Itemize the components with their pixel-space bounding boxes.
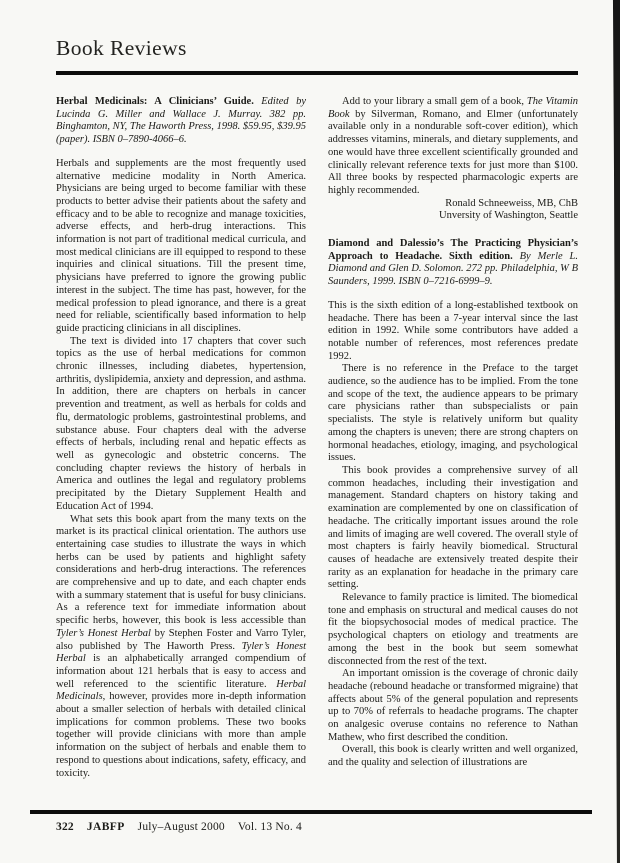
- review-paragraph: What sets this book apart from the many …: [56, 514, 306, 781]
- page-title: Book Reviews: [56, 36, 578, 61]
- page-number: 322: [56, 821, 74, 833]
- review-paragraph: The text is divided into 17 chapters tha…: [56, 336, 306, 514]
- review-paragraph: An important omission is the coverage of…: [328, 668, 578, 744]
- review-heading: Herbal Medicinals: A Clinicians’ Guide. …: [56, 96, 306, 147]
- attribution-line: Ronald Schneeweiss, MB, ChB: [328, 198, 578, 211]
- journal-page: Book Reviews Herbal Medicinals: A Clinic…: [0, 0, 620, 863]
- review-paragraph: Add to your library a small gem of a boo…: [328, 96, 578, 198]
- review-paragraph: Overall, this book is clearly written an…: [328, 744, 578, 769]
- scan-binding-edge-artifact: [612, 0, 620, 863]
- left-column: Herbal Medicinals: A Clinicians’ Guide. …: [56, 96, 306, 814]
- review-paragraph: There is no reference in the Preface to …: [328, 363, 578, 465]
- right-column: Add to your library a small gem of a boo…: [328, 96, 578, 814]
- header-rule: [56, 71, 578, 75]
- review-heading: Diamond and Dalessio’s The Practicing Ph…: [328, 238, 578, 289]
- page-footer: 322JABFPJuly–August 2000Vol. 13 No. 4: [30, 810, 592, 833]
- footer-line: 322JABFPJuly–August 2000Vol. 13 No. 4: [30, 821, 592, 833]
- review-paragraph: This book provides a comprehensive surve…: [328, 465, 578, 592]
- volume-number: Vol. 13 No. 4: [238, 821, 302, 833]
- reviewer-attribution: Ronald Schneeweiss, MB, ChBUnversity of …: [328, 198, 578, 223]
- review-paragraph: Herbals and supplements are the most fre…: [56, 158, 306, 336]
- review-paragraph: This is the sixth edition of a long-esta…: [328, 300, 578, 364]
- journal-abbrev: JABFP: [87, 821, 125, 833]
- page-content: Book Reviews Herbal Medicinals: A Clinic…: [56, 36, 578, 814]
- attribution-line: Unversity of Washington, Seattle: [328, 210, 578, 223]
- issue-date: July–August 2000: [138, 821, 225, 833]
- review-paragraph: Relevance to family practice is limited.…: [328, 592, 578, 668]
- book-title-italic: Tyler’s Honest Herbal: [56, 628, 151, 639]
- text-columns: Herbal Medicinals: A Clinicians’ Guide. …: [56, 96, 578, 814]
- book-title-bold: Herbal Medicinals: A Clinicians’ Guide.: [56, 96, 261, 107]
- footer-rule: [30, 810, 592, 814]
